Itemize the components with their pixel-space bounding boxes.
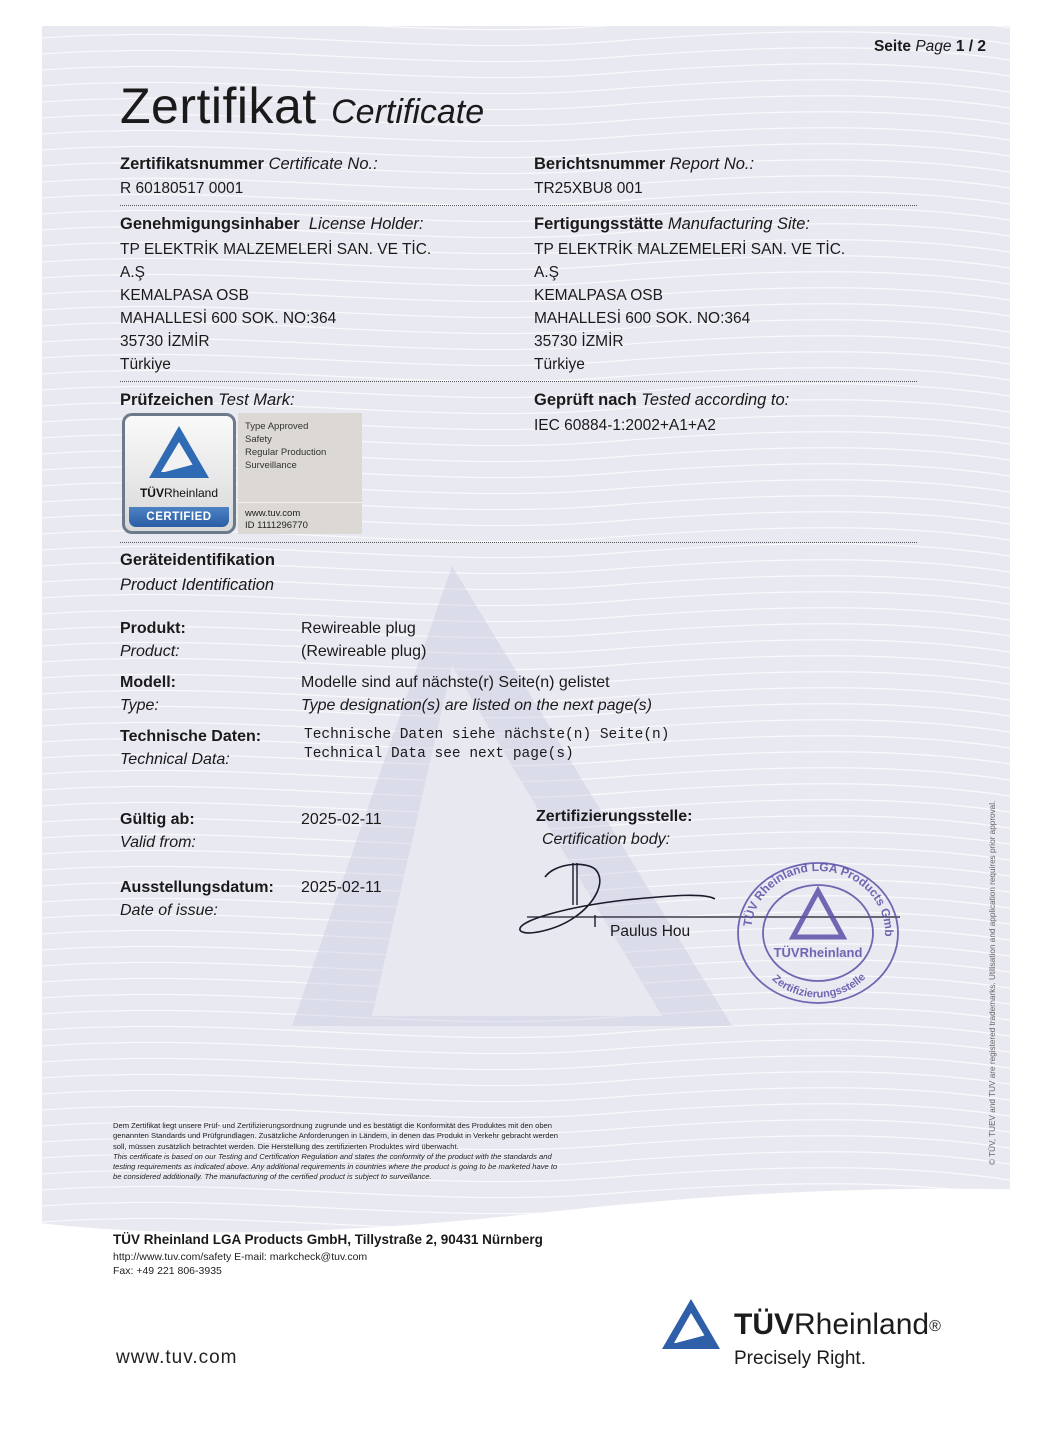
report-no-label: Berichtsnummer Report No.:: [534, 155, 754, 174]
address-line: TP ELEKTRİK MALZEMELERİ SAN. VE TİC.: [120, 238, 431, 261]
test-mark-badge: TÜVRheinland CERTIFIED Type Approved Saf…: [122, 413, 362, 534]
address-line: KEMALPASA OSB: [120, 284, 431, 307]
signatory-name: Paulus Hou: [610, 923, 690, 941]
disclaimer: Dem Zertifikat liegt unsere Prüf- und Ze…: [113, 1121, 563, 1183]
info-line: Surveillance: [245, 459, 326, 472]
address-line: MAHALLESİ 600 SOK. NO:364: [120, 307, 431, 330]
issuer-contact: http://www.tuv.com/safety E-mail: markch…: [113, 1251, 367, 1278]
disclaimer-en: This certificate is based on our Testing…: [113, 1152, 563, 1183]
tuv-slogan: Precisely Right.: [734, 1348, 866, 1370]
label-de: Genehmigungsinhaber: [120, 215, 300, 233]
row-value-en: Type designation(s) are listed on the ne…: [301, 694, 801, 717]
address-line: TP ELEKTRİK MALZEMELERİ SAN. VE TİC.: [534, 238, 845, 261]
row-label-de: Gültig ab:: [120, 808, 300, 831]
info-line: Safety: [245, 433, 326, 446]
tuv-logo-icon: [662, 1297, 724, 1351]
label-en: Report No.:: [670, 155, 754, 173]
report-no-value: TR25XBU8 001: [534, 177, 643, 200]
row-label-en: Technical Data:: [120, 748, 300, 771]
certification-stamp: TÜV Rheinland LGA Products GmbH Zertifiz…: [733, 855, 903, 1005]
product-identification-heading: Geräteidentifikation: [120, 551, 275, 570]
fax-line: Fax: +49 221 806-3935: [113, 1265, 367, 1279]
trademark-notice: © TÜV, TUEV and TUV are registered trade…: [988, 725, 997, 1165]
label-en: Certificate No.:: [269, 155, 378, 173]
tuv-logo-wordmark: TÜVRheinland®: [734, 1308, 941, 1342]
page-label-de: Seite: [874, 38, 911, 55]
document-title: Zertifikat Certificate: [120, 78, 484, 140]
label-en: License Holder:: [309, 215, 424, 233]
test-mark-id: ID 1111296770: [245, 520, 308, 532]
svg-text:TÜVRheinland: TÜVRheinland: [774, 945, 863, 960]
tuv-brand: TÜVRheinland: [125, 486, 233, 500]
license-holder-address: TP ELEKTRİK MALZEMELERİ SAN. VE TİC. A.Ş…: [120, 238, 431, 376]
logo-bold: TÜV: [734, 1308, 794, 1341]
certification-body-label: Zertifizierungsstelle:: [536, 808, 692, 826]
manufacturing-site-label: Fertigungsstätte Manufacturing Site:: [534, 215, 810, 234]
info-line: Type Approved: [245, 420, 326, 433]
address-line: 35730 İZMİR: [120, 330, 431, 353]
address-line: A.Ş: [534, 261, 845, 284]
page-number: 1 / 2: [956, 38, 986, 55]
address-line: KEMALPASA OSB: [534, 284, 845, 307]
title-en: Certificate: [331, 93, 484, 131]
row-label-de: Technische Daten:: [120, 725, 300, 748]
certificate-no-value: R 60180517 0001: [120, 177, 243, 200]
label-de: Berichtsnummer: [534, 155, 665, 173]
label-de: Zertifikatsnummer: [120, 155, 264, 173]
divider: [120, 542, 917, 543]
info-line: Regular Production: [245, 446, 326, 459]
address-line: Türkiye: [120, 353, 431, 376]
disclaimer-de: Dem Zertifikat liegt unsere Prüf- und Ze…: [113, 1121, 563, 1152]
address-line: 35730 İZMİR: [534, 330, 845, 353]
label-en: Tested according to:: [641, 391, 789, 409]
row-label-de: Produkt:: [120, 617, 300, 640]
product-identification-heading-en: Product Identification: [120, 576, 274, 595]
address-line: Türkiye: [534, 353, 845, 376]
label-en: Manufacturing Site:: [668, 215, 810, 233]
row-label-en: Product:: [120, 640, 300, 663]
certification-body-label-en: Certification body:: [542, 831, 670, 849]
title-de: Zertifikat: [120, 78, 317, 134]
page-indicator: Seite Page 1 / 2: [874, 38, 986, 56]
test-mark-info: Type Approved Safety Regular Production …: [238, 413, 362, 534]
test-mark-website: www.tuv.com: [245, 508, 308, 520]
tested-according-value: IEC 60884-1:2002+A1+A2: [534, 414, 716, 437]
row-value-en: Technical Data see next page(s): [304, 745, 804, 764]
contact-line: http://www.tuv.com/safety E-mail: markch…: [113, 1251, 367, 1265]
footer-website-link[interactable]: www.tuv.com: [116, 1347, 238, 1369]
label-en: Test Mark:: [218, 391, 294, 409]
tuv-triangle-icon: [125, 420, 233, 490]
row-label-de: Ausstellungsdatum:: [120, 876, 300, 899]
row-value-en: (Rewireable plug): [301, 640, 801, 663]
registered-mark: ®: [929, 1318, 941, 1335]
row-value-de: Modelle sind auf nächste(r) Seite(n) gel…: [301, 671, 801, 694]
row-label-de: Modell:: [120, 671, 300, 694]
label-de: Geprüft nach: [534, 391, 637, 409]
row-value-de: Rewireable plug: [301, 617, 801, 640]
test-mark-label: Prüfzeichen Test Mark:: [120, 391, 295, 410]
page-label-en: Page: [915, 38, 951, 55]
label-de: Fertigungsstätte: [534, 215, 663, 233]
license-holder-label: Genehmigungsinhaber License Holder:: [120, 215, 424, 234]
divider: [120, 381, 917, 382]
tuv-certified-badge: TÜVRheinland CERTIFIED: [122, 413, 236, 534]
address-line: A.Ş: [120, 261, 431, 284]
row-value-de: Technische Daten siehe nächste(n) Seite(…: [304, 726, 804, 745]
divider: [120, 205, 917, 206]
row-label-en: Valid from:: [120, 831, 300, 854]
certified-label: CERTIFIED: [129, 507, 229, 527]
issuer-company: TÜV Rheinland LGA Products GmbH, Tillyst…: [113, 1232, 543, 1247]
logo-regular: Rheinland: [794, 1308, 929, 1341]
row-label-en: Type:: [120, 694, 300, 717]
certificate-no-label: Zertifikatsnummer Certificate No.:: [120, 155, 378, 174]
row-label-en: Date of issue:: [120, 899, 300, 922]
address-line: MAHALLESİ 600 SOK. NO:364: [534, 307, 845, 330]
label-de: Prüfzeichen: [120, 391, 214, 409]
manufacturing-site-address: TP ELEKTRİK MALZEMELERİ SAN. VE TİC. A.Ş…: [534, 238, 845, 376]
tested-according-label: Geprüft nach Tested according to:: [534, 391, 789, 410]
